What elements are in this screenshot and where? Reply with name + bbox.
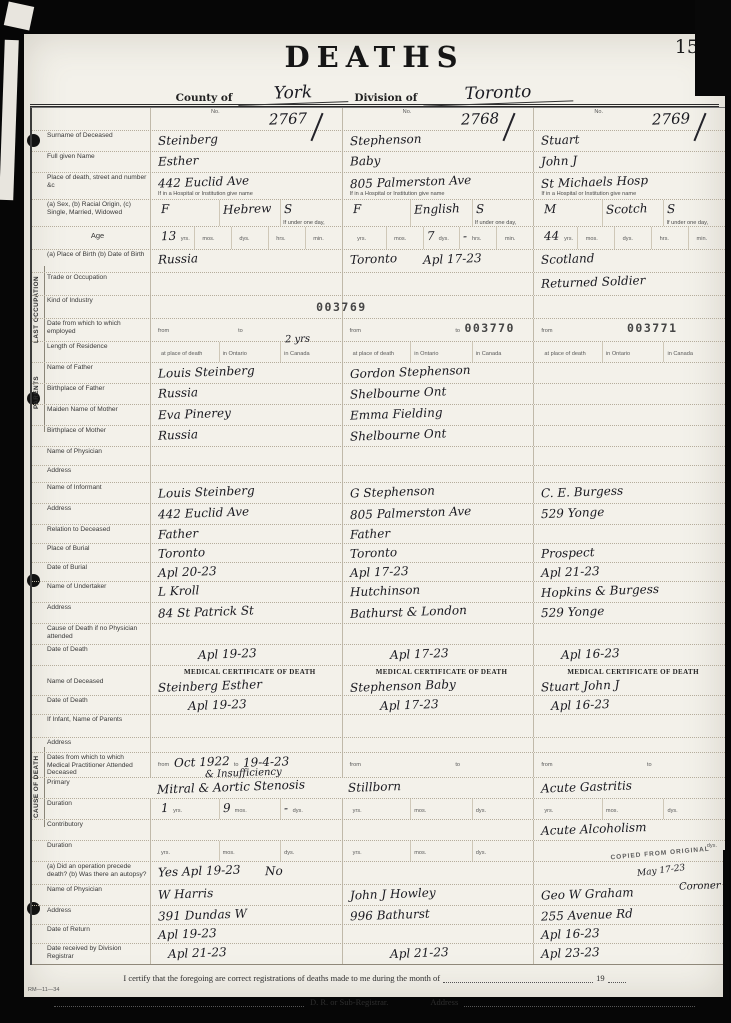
cell [150, 466, 342, 482]
cell: Apl 16-23 [533, 696, 725, 714]
cell: John J Howley [342, 885, 534, 905]
origin-value: English [414, 201, 460, 217]
cell: Apl 17-23 [342, 645, 534, 665]
registration-stamp: 003771 [627, 321, 678, 335]
cell: Apl 17-23 [342, 696, 534, 714]
age-yrs-value: 44 [544, 229, 560, 244]
mother-value: Emma Fielding [349, 405, 442, 422]
cell: Apl 19-23 [150, 696, 342, 714]
row-med-deceased-name: Name of Deceased Steinberg Esther Stephe… [32, 677, 725, 696]
informant-address-value: 442 Euclid Ave [158, 504, 250, 521]
row-label-cell: Address [32, 906, 150, 924]
cell: Father [150, 525, 342, 543]
physician-address-value: 391 Dundas W [158, 906, 247, 923]
row-label-cell: Name of Father [32, 363, 150, 383]
place-of-death-value: 442 Euclid Ave [158, 173, 250, 190]
cell: Louis Steinberg [150, 363, 342, 383]
marital-value: S [667, 202, 676, 216]
birth-place-value: Russia [158, 251, 199, 266]
from-label: from [158, 328, 169, 334]
place-of-death-value: St Michaels Hosp [541, 173, 648, 191]
informant-value: Louis Steinberg [158, 483, 255, 500]
row-label: (a) Sex, (b) Racial Origin, (c) Single, … [47, 201, 148, 216]
cell: Acute Gastritis [533, 778, 725, 798]
date-received-value: Apl 21-23 [389, 945, 448, 961]
row-physician: Name of Physician W Harris John J Howley… [32, 885, 725, 906]
primary-cause-value: Acute Gastritis [540, 778, 631, 795]
med-deceased-name-value: Steinberg Esther [158, 677, 262, 695]
row-trade: Trade or Occupation Returned Soldier [32, 273, 725, 296]
row-label-cell: Address [32, 738, 150, 752]
row-burial-date: Date of Burial Apl 20-23 Apl 17-23 Apl 2… [32, 563, 725, 582]
dur-mos-cell: mos. [410, 799, 472, 819]
cell: Toronto [342, 544, 534, 562]
county-division-line: County of York Division of Toronto [30, 74, 719, 107]
certify-year: 19 [596, 973, 605, 983]
row-label-cell: Date from which to which employed [32, 319, 150, 341]
contributory-value: Acute Alcoholism [541, 820, 647, 838]
unit-label: dys. [239, 236, 249, 242]
cell [533, 525, 725, 543]
cell: Russia [150, 250, 342, 272]
physician-address-value: 996 Bathurst [349, 907, 429, 924]
cell [533, 738, 725, 752]
cell: Russia [150, 384, 342, 404]
row-label-cell: Birthplace of Mother [32, 426, 150, 446]
from-label: from [350, 762, 361, 768]
primary-cause-value: Stillborn [348, 779, 401, 795]
cell: Stuart John J [533, 677, 725, 695]
record-number: 2769 [652, 109, 691, 128]
cell: Apl 21-23 [533, 563, 725, 581]
burial-place-value: Toronto [349, 545, 397, 561]
unit-label: dys. [476, 850, 486, 856]
row-label: Address [47, 467, 148, 475]
row-label: Name of Father [47, 364, 148, 372]
unit-label: mos. [202, 236, 214, 242]
dur-dys-cell: dys. [472, 841, 534, 861]
unit-label: yrs. [544, 808, 553, 814]
row-burial-place: Place of Burial Toronto Toronto Prospect [32, 544, 725, 563]
under-one-day-note: If under one day, [475, 220, 517, 226]
row-age: Age 13 yrs. mos. dys. hrs. min. yrs. mos… [32, 227, 725, 250]
dur-yrs-cell: yrs. [541, 799, 602, 819]
unit-label: in Canada [667, 351, 693, 357]
cell: yrs. mos. dys. [342, 799, 534, 819]
res-place-cell: at place of death [350, 342, 411, 362]
row-label: Age [47, 228, 148, 241]
from-label: from [350, 328, 361, 334]
date-of-death-value: Apl 19-23 [198, 646, 257, 662]
marital-cell: S If under one day, [280, 200, 342, 226]
origin-cell: Hebrew [219, 200, 281, 226]
copied-stamp-date: May 17-23 [637, 863, 686, 879]
row-label-cell: Address [32, 466, 150, 482]
cell [533, 426, 725, 446]
address-line [464, 997, 695, 1007]
row-label: Date from which to which employed [47, 320, 148, 335]
cell: Apl 23-23 [533, 944, 725, 964]
row-label: Address [47, 739, 148, 747]
registration-table: LAST OCCUPATION PARENTS CAUSE OF DEATH N… [30, 107, 725, 965]
row-label: Birthplace of Mother [47, 427, 148, 435]
age-hrs-cell: hrs. [268, 227, 305, 249]
page-footer: I certify that the foregoing are correct… [24, 973, 725, 1007]
cell: 805 Palmerston Ave [342, 504, 534, 524]
med-cert-header: MEDICAL CERTIFICATE OF DEATH [350, 666, 534, 676]
sex-value: F [352, 202, 361, 216]
row-label: If Infant, Name of Parents [47, 716, 148, 724]
dur-mos-cell: 9 mos. [219, 799, 281, 819]
dur-dys-cell: dys. [280, 841, 342, 861]
row-physician2-address: Address 391 Dundas W 996 Bathurst 255 Av… [32, 906, 725, 925]
row-label-cell: Name of Physician [32, 885, 150, 905]
cell [342, 296, 534, 318]
from-label: from [541, 762, 552, 768]
unit-label: yrs. [357, 236, 366, 242]
med-date-value: Apl 17-23 [379, 697, 438, 713]
division-value: Toronto [423, 80, 574, 106]
row-label-cell: Birthplace of Father [32, 384, 150, 404]
row-label-cell: Name of Deceased [32, 677, 150, 695]
row-informant-address: Address 442 Euclid Ave 805 Palmerston Av… [32, 504, 725, 525]
unit-label: mos. [235, 808, 247, 814]
row-label: Dates from which to which Medical Practi… [47, 754, 148, 777]
unit-label: mos. [606, 808, 618, 814]
cell: 529 Yonge [533, 504, 725, 524]
dur-yrs-value: 1 [161, 801, 169, 815]
row-label-cell: Name of Undertaker [32, 582, 150, 602]
cell: No. 2768 [342, 108, 534, 130]
cell: M Scotch S If under one day, [533, 200, 725, 226]
no-label: No. [594, 109, 603, 115]
cell: Stillborn [341, 778, 532, 798]
burial-date-value: Apl 21-23 [541, 564, 600, 580]
age-yrs-cell: 13 yrs. [158, 227, 194, 249]
row-med-cert-header: MEDICAL CERTIFICATE OF DEATH MEDICAL CER… [32, 666, 725, 677]
age-min-cell: min. [688, 227, 725, 249]
row-birth: (a) Place of Birth (b) Date of Birth Rus… [32, 250, 725, 273]
row-label-cell: If Infant, Name of Parents [32, 715, 150, 737]
division-label: Division of [354, 92, 417, 104]
scan-scrap [4, 2, 34, 31]
hospital-note: If in a Hospital or Institution give nam… [350, 191, 534, 197]
cell: Prospect [533, 544, 725, 562]
cell: Toronto Apl 17-23 [342, 250, 534, 272]
scan-scrap [0, 40, 19, 200]
row-label: Address [47, 907, 148, 915]
dur-dys-cell: - dys. [280, 799, 342, 819]
row-physician-address: Address [32, 466, 725, 483]
age-min-cell: min. [496, 227, 533, 249]
mother-value: Eva Pinerey [158, 406, 231, 423]
cell [342, 624, 534, 644]
unit-label: yrs. [353, 850, 362, 856]
cell: yrs. mos. dys. [533, 799, 725, 819]
to-label: to [234, 762, 239, 768]
cell: Acute Alcoholism [533, 820, 725, 840]
res-canada-cell: in Canada [663, 342, 725, 362]
cell: Esther [150, 152, 342, 172]
row-label: Maiden Name of Mother [47, 406, 148, 414]
certification-line: I certify that the foregoing are correct… [24, 973, 725, 983]
physician-address-value: 255 Avenue Rd [541, 906, 633, 923]
father-value: Gordon Stephenson [349, 363, 470, 381]
row-label-cell: Duration [32, 799, 150, 819]
unit-label: dys. [667, 808, 677, 814]
dur-yrs-cell: 1 yrs. [158, 799, 219, 819]
unit-label: in Canada [284, 351, 310, 357]
blank-line [608, 973, 626, 983]
row-label: (a) Place of Birth (b) Date of Birth [47, 251, 148, 259]
cell [150, 738, 342, 752]
cell: from to 003770 [342, 319, 534, 341]
med-cert-header: MEDICAL CERTIFICATE OF DEATH [541, 666, 725, 676]
unit-label: hrs. [660, 236, 669, 242]
unit-label: min. [505, 236, 516, 242]
sex-cell: F [158, 200, 219, 226]
cell [342, 466, 534, 482]
row-label: Cause of Death if no Physician attended [47, 625, 148, 640]
row-date-of-death: Date of Death Apl 19-23 Apl 17-23 Apl 16… [32, 645, 725, 666]
cell [533, 405, 725, 425]
informant-address-value: 805 Palmerston Ave [349, 504, 471, 522]
father-birthplace-value: Russia [158, 385, 199, 400]
under-one-day-note: If under one day, [283, 220, 325, 226]
row-label-cell: Name of Informant [32, 483, 150, 503]
cell: Hutchinson [342, 582, 534, 602]
row-label: Name of Informant [47, 484, 148, 492]
row-residence: Length of Residence at place of death in… [32, 342, 725, 363]
page-title: DEATHS [24, 34, 725, 74]
unit-label: dys. [293, 808, 303, 814]
dur-mos-value: 9 [222, 801, 230, 815]
row-label-cell: Date received by Division Registrar [32, 944, 150, 964]
unit-label: yrs. [173, 808, 182, 814]
row-label-cell: Kind of Industry [32, 296, 150, 318]
given-name-value: Baby [349, 153, 380, 168]
cell: Eva Pinerey [150, 405, 342, 425]
cell: yrs. mos. 7 dys. - hrs. min. [342, 227, 534, 249]
copied-stamp-text: COPIED FROM ORIGINAL [609, 845, 711, 863]
unit-label: dys. [439, 236, 449, 242]
row-label: Primary [47, 779, 148, 787]
record-number: 2767 [269, 109, 308, 128]
row-father: Name of Father Louis Steinberg Gordon St… [32, 363, 725, 384]
cell: 805 Palmerston Ave If in a Hospital or I… [342, 173, 534, 199]
cell: Father [342, 525, 534, 543]
cell: MEDICAL CERTIFICATE OF DEATH [342, 666, 534, 677]
row-cause-no-physician: Cause of Death if no Physician attended [32, 624, 725, 645]
row-label-cell: Date of Burial [32, 563, 150, 581]
row-label-cell: Address [32, 504, 150, 524]
cell: MEDICAL CERTIFICATE OF DEATH [150, 666, 342, 677]
cell: Apl 19-23 [150, 925, 342, 943]
row-label: (a) Did an operation precede death? (b) … [47, 863, 148, 878]
unit-label: min. [697, 236, 708, 242]
cell [533, 296, 725, 318]
row-given-name: Full given Name Esther Baby John J [32, 152, 725, 173]
row-label-cell: Primary [32, 778, 150, 798]
burial-date-value: Apl 17-23 [349, 564, 408, 580]
age-mos-cell: mos. [386, 227, 423, 249]
registration-stamp: 003769 [316, 300, 367, 314]
certify-text: I certify that the foregoing are correct… [123, 973, 440, 983]
row-label: Place of death, street and number &c [47, 174, 148, 189]
county-label: County of [176, 92, 233, 104]
row-label: Kind of Industry [47, 297, 148, 305]
cell [342, 715, 534, 737]
row-label: Date of Death [47, 646, 148, 654]
hospital-note: If in a Hospital or Institution give nam… [158, 191, 342, 197]
birth-place-value: Toronto [349, 251, 397, 267]
from-label: from [541, 328, 552, 334]
cell: Yes Apl 19-23 No [150, 862, 342, 884]
unit-label: at place of death [353, 351, 394, 357]
physician-value: Geo W Graham [541, 885, 634, 902]
med-date-value: Apl 16-23 [551, 697, 610, 713]
res-place-cell: at place of death [541, 342, 602, 362]
cell: 84 St Patrick St [150, 603, 342, 623]
cell: 996 Bathurst [342, 906, 534, 924]
unit-label: dys. [284, 850, 294, 856]
cell: No. 2767 [150, 108, 342, 130]
no-label: No. [211, 109, 220, 115]
given-name-value: John J [541, 153, 578, 168]
row-label: Duration [47, 800, 148, 808]
cell [342, 273, 534, 295]
cell: L Kroll [150, 582, 342, 602]
under-one-day-note: If under one day, [666, 220, 708, 226]
unit-label: hrs. [472, 236, 481, 242]
dur-dys-value: - [284, 801, 289, 815]
cell: yrs. mos. dys. [342, 841, 534, 861]
no-label: No. [403, 109, 412, 115]
relation-value: Father [349, 526, 390, 541]
surname-value: Stuart [541, 132, 580, 147]
cell: Apl 16-23 [533, 925, 725, 943]
cell: Shelbourne Ont [342, 384, 534, 404]
row-surname: Surname of Deceased Steinberg Stephenson… [32, 131, 725, 152]
dur-yrs-cell: yrs. [158, 841, 219, 861]
county-value: York [238, 81, 349, 106]
row-med-address: Address [32, 738, 725, 753]
relation-value: Father [158, 526, 199, 541]
row-label: Date of Return [47, 926, 148, 934]
date-received-value: Apl 21-23 [168, 945, 227, 961]
burial-place-value: Toronto [158, 545, 206, 561]
cell: Apl 16-23 [533, 645, 725, 665]
age-hrs-cell: - hrs. [459, 227, 496, 249]
origin-value: Scotch [606, 201, 648, 216]
row-mother-birthplace: Birthplace of Mother Russia Shelbourne O… [32, 426, 725, 447]
row-label-cell: Date of Return [32, 925, 150, 943]
cell: C. E. Burgess [533, 483, 725, 503]
res-place-cell: at place of death [158, 342, 219, 362]
cell: F Hebrew S If under one day, [150, 200, 342, 226]
row-mother: Maiden Name of Mother Eva Pinerey Emma F… [32, 405, 725, 426]
unit-label: yrs. [161, 850, 170, 856]
dur-mos-cell: mos. [219, 841, 281, 861]
cell [342, 738, 534, 752]
age-mos-cell: mos. [577, 227, 614, 249]
cell: from to [150, 319, 342, 341]
cell [533, 466, 725, 482]
record-number: 2768 [460, 109, 499, 128]
origin-cell: Scotch [602, 200, 664, 226]
row-label-cell: Age [32, 227, 150, 249]
sex-cell: F [350, 200, 411, 226]
row-med-date-of-death: Date of Death Apl 19-23 Apl 17-23 Apl 16… [32, 696, 725, 715]
marital-value: S [476, 202, 485, 216]
form-code: RM—11—34 [28, 987, 59, 993]
from-label: from [158, 762, 169, 768]
cell: yrs. mos. dys. [150, 841, 342, 861]
res-ontario-cell: in Ontario [410, 342, 472, 362]
origin-cell: English [410, 200, 472, 226]
cell: Steinberg Esther [150, 677, 342, 695]
hospital-note: If in a Hospital or Institution give nam… [541, 191, 725, 197]
cell: from 003771 [533, 319, 725, 341]
cell [342, 862, 534, 884]
cell: F English S If under one day, [342, 200, 534, 226]
row-label-cell: Cause of Death if no Physician attended [32, 624, 150, 644]
unit-label: yrs. [564, 236, 573, 242]
row-label: Contributory [47, 821, 148, 829]
res-canada-cell: in Canada [472, 342, 534, 362]
row-label-cell: Surname of Deceased [32, 131, 150, 151]
age-hrs-value: - [463, 229, 468, 243]
registration-stamp: 003770 [464, 321, 515, 335]
age-min-cell: min. [305, 227, 342, 249]
unit-label: hrs. [276, 236, 285, 242]
primary-cause-value: Mitral & Aortic Stenosis [157, 777, 305, 796]
unit-label: at place of death [161, 351, 202, 357]
marital-cell: S If under one day, [663, 200, 725, 226]
cell: Emma Fielding [342, 405, 534, 425]
row-label-cell: Place of Burial [32, 544, 150, 562]
row-number: No. 2767 No. 2768 No. 2769 [32, 108, 725, 131]
cell: Returned Soldier [533, 273, 725, 295]
dur-mos-cell: mos. [410, 841, 472, 861]
row-label-cell [32, 666, 150, 677]
undertaker-address-value: 529 Yonge [541, 604, 605, 620]
unit-label: dys. [623, 236, 633, 242]
cell: from to [533, 753, 725, 777]
cell: 255 Avenue Rd [533, 906, 725, 924]
res-canada-cell: 2 yrsin Canada [280, 342, 342, 362]
autopsy-value: No [265, 864, 283, 879]
row-label: Duration [47, 842, 148, 850]
cell [533, 447, 725, 465]
sex-cell: M [541, 200, 602, 226]
cell: Apl 19-23 [150, 645, 342, 665]
to-label: to [455, 328, 460, 334]
row-industry: Kind of Industry 003769 [32, 296, 725, 319]
cell: Baby [342, 152, 534, 172]
unit-label: in Ontario [223, 351, 247, 357]
age-hrs-cell: hrs. [651, 227, 688, 249]
age-dys-value: 7 [426, 229, 434, 243]
med-deceased-name-value: Stephenson Baby [349, 677, 455, 695]
cell: COPIED FROM ORIGINAL May 17-23 dys. [533, 841, 725, 861]
cell: Toronto [150, 544, 342, 562]
cell: G Stephenson [342, 483, 534, 503]
row-label: Place of Burial [47, 545, 148, 553]
father-birthplace-value: Shelbourne Ont [349, 384, 446, 401]
row-place-of-death: Place of death, street and number &c 442… [32, 173, 725, 200]
cell [150, 820, 342, 840]
